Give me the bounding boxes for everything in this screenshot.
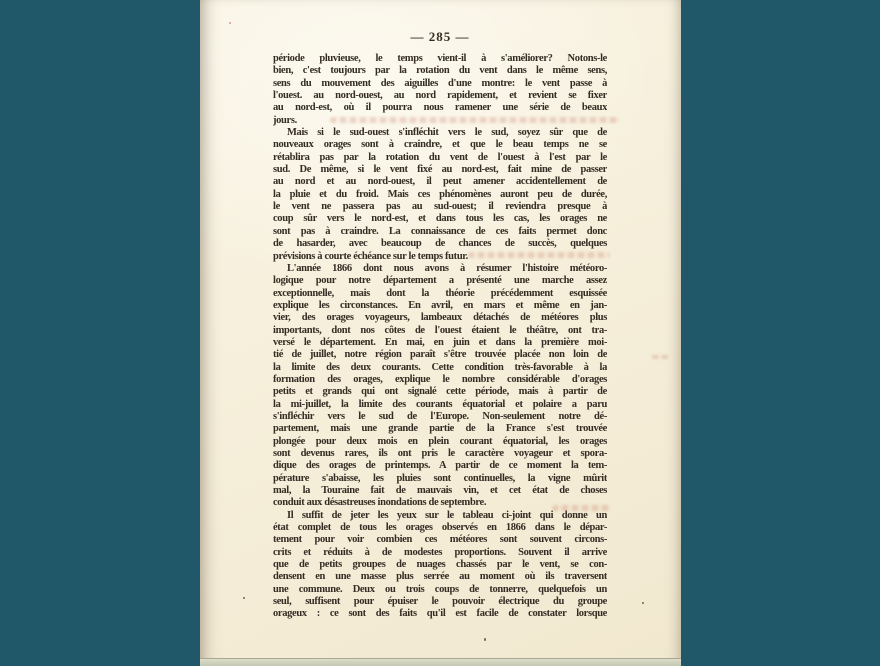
bleed-through-artifact <box>652 355 668 359</box>
text-line: importants, dont nos côtes de l'ouest ét… <box>273 325 607 337</box>
text-line: vier, des orages voyageurs, lambeaux dét… <box>273 312 607 324</box>
text-line: formation des orages, explique le nombre… <box>273 374 607 386</box>
text-line: orageux : ce sont des faits qu'il est fa… <box>273 608 607 620</box>
text-line: état complet de tous les orages observés… <box>273 522 607 534</box>
page-bottom-edge <box>200 658 681 666</box>
text-line: la limite des deux courants. Cette condi… <box>273 362 607 374</box>
page-number-header: — 285 — <box>273 29 607 45</box>
text-line: sens du mouvement des aiguilles d'une mo… <box>273 78 607 90</box>
text-line: s'infléchir vers le sud de l'Europe. Non… <box>273 411 607 423</box>
bleed-through-artifact <box>468 252 610 258</box>
text-line: Il suffit de jeter les yeux sur le table… <box>273 510 607 522</box>
text-line: tement pour voir combien ces météores so… <box>273 534 607 546</box>
text-line: crits et réduits à de modestes proportio… <box>273 547 607 559</box>
paper-speck <box>243 597 245 599</box>
paper-speck <box>642 602 644 604</box>
book-page: — 285 — période pluvieuse, le temps vien… <box>200 0 681 666</box>
text-line: sont pas à craindre. La connaissance de … <box>273 226 607 238</box>
text-line: nouveaux orages sont à craindre, et que … <box>273 139 607 151</box>
paper-speck <box>229 22 231 24</box>
text-line: pérature s'abaisse, les pluies sont cont… <box>273 473 607 485</box>
text-line: coup sûr vers le nord-est, et dans tous … <box>273 213 607 225</box>
text-line: versé le département. En mai, en juin et… <box>273 337 607 349</box>
text-line: plongée pour deux mois en plein courant … <box>273 436 607 448</box>
text-line: sud. De même, si le vent fixé au nord-es… <box>273 164 607 176</box>
text-line: l'ouest. au nord-ouest, au nord rapideme… <box>273 90 607 102</box>
text-line: la pluie et du froid. Mais ces phénomène… <box>273 189 607 201</box>
text-line: que de petits groupes de nuages chassés … <box>273 559 607 571</box>
text-line: tié de juillet, notre région paraît s'êt… <box>273 349 607 361</box>
text-line: dique des orages de printemps. A partir … <box>273 460 607 472</box>
text-line: de hasarder, avec beaucoup de chances de… <box>273 238 607 250</box>
bleed-through-artifact <box>552 505 610 511</box>
text-line: seul, suffisent pour épuiser le pouvoir … <box>273 596 607 608</box>
text-line: L'année 1866 dont nous avons à résumer l… <box>273 263 607 275</box>
text-line: une commune. Deux ou trois coups de tonn… <box>273 584 607 596</box>
text-line: petits et grands qui ont signalé cette p… <box>273 386 607 398</box>
text-line: au nord-est, où il pourra nous ramener u… <box>273 102 607 114</box>
text-line: mal, la Touraine fait de mauvais vin, et… <box>273 485 607 497</box>
text-line: exceptionnelle, mais dont la théorie pré… <box>273 288 607 300</box>
text-line: densent en une masse plus serrée au mome… <box>273 571 607 583</box>
text-line: période pluvieuse, le temps vient-il à s… <box>273 53 607 65</box>
text-line: explique les circonstances. En avril, en… <box>273 300 607 312</box>
paper-speck <box>484 638 486 641</box>
text-line: logique pour notre département a présent… <box>273 275 607 287</box>
text-block: période pluvieuse, le temps vient-il à s… <box>273 53 607 621</box>
text-line: rétablira pas par la rotation du vent de… <box>273 152 607 164</box>
text-line: la mi-juillet, la limite des courants éq… <box>273 399 607 411</box>
bleed-through-artifact <box>330 117 620 123</box>
text-line: partement, mais une grande partie de la … <box>273 423 607 435</box>
scan-background: — 285 — période pluvieuse, le temps vien… <box>0 0 880 666</box>
text-line: au nord et au nord-ouest, il peut amener… <box>273 176 607 188</box>
text-line: sont devenus rares, ils ont pris le cara… <box>273 448 607 460</box>
text-line: Mais si le sud-ouest s'infléchit vers le… <box>273 127 607 139</box>
text-line: le vent ne passera pas au sud-ouest; il … <box>273 201 607 213</box>
text-line: bien, c'est toujours par la rotation du … <box>273 65 607 77</box>
